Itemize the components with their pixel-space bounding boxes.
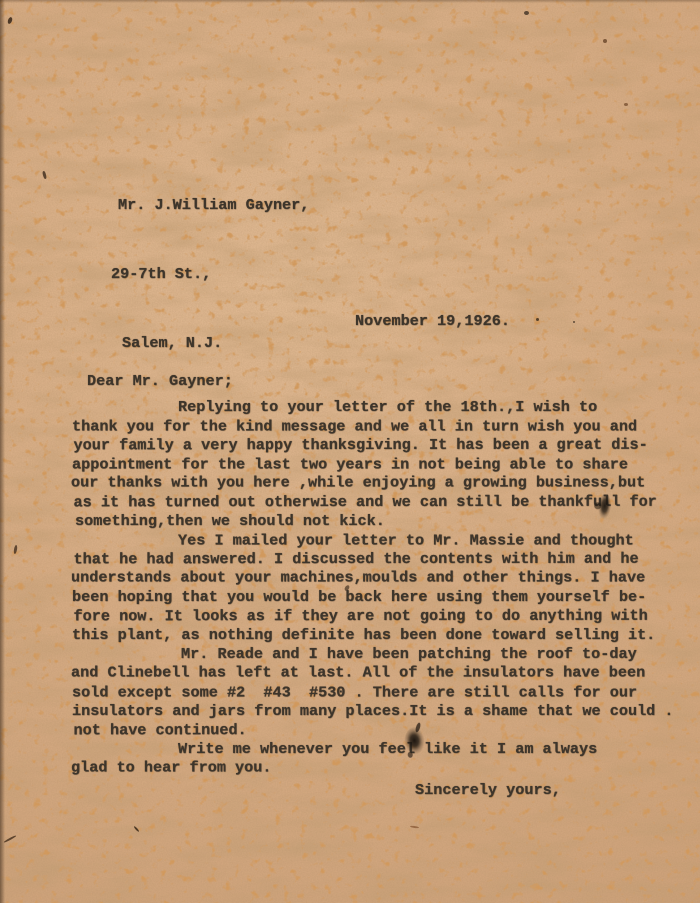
- paper-fiber: [7, 17, 13, 25]
- letter-page: Mr. J.William Gayner, 29-7th St., Salem,…: [0, 0, 700, 903]
- address-line: Mr. J.William Gayner,: [118, 194, 309, 217]
- body-line: insulators and jars from many places.It …: [72, 702, 672, 721]
- paper-fleck: [624, 103, 628, 106]
- address-line: Salem, N.J.: [122, 332, 309, 355]
- body-line: been hoping that you would be back here …: [72, 588, 672, 607]
- body-line: glad to hear from you.: [71, 759, 671, 778]
- body-line: fore now. It looks as if they are not go…: [73, 607, 673, 627]
- body-line: our thanks with you here ,while enjoying…: [71, 474, 671, 493]
- paper-fiber: [133, 826, 139, 833]
- body-line: Yes I mailed your letter to Mr. Massie a…: [72, 531, 672, 550]
- body-line: Replying to your letter of the 18th.,I w…: [72, 398, 672, 417]
- body-line: and Clinebell has left at last. All of t…: [71, 664, 671, 683]
- body-line: Write me whenever you feel like it I am …: [72, 740, 672, 759]
- paper-fleck: [603, 39, 607, 43]
- paper-fiber: [3, 835, 16, 843]
- salutation: Dear Mr. Gayner;: [87, 372, 233, 391]
- body-line: this plant, as nothing definite has been…: [72, 626, 672, 645]
- recipient-address: Mr. J.William Gayner, 29-7th St., Salem,…: [111, 148, 309, 401]
- scan-edge-shadow-left: [0, 0, 5, 903]
- body-line: not have continued.: [73, 721, 673, 741]
- letter-body: Replying to your letter of the 18th.,I w…: [72, 398, 672, 778]
- body-line: something,then we should not kick.: [75, 512, 675, 531]
- paper-fleck: [524, 11, 529, 15]
- body-line: appointment for the last two years in no…: [72, 455, 672, 474]
- paper-fiber: [410, 825, 419, 828]
- body-line: understands about your machines,moulds a…: [71, 569, 671, 588]
- body-line: Mr. Reade and I have been patching the r…: [75, 645, 675, 664]
- paper-fleck: [573, 321, 575, 323]
- paper-fiber: [13, 545, 18, 554]
- body-line: sold except some #2 #43 #530 . There are…: [72, 683, 672, 702]
- body-line: thank you for the kind message and we al…: [72, 417, 672, 436]
- body-line: that he had answered. I discussed the co…: [73, 550, 673, 570]
- body-line: as it has turned out otherwise and we ca…: [73, 493, 673, 513]
- body-line: your family a very happy thanksgiving. I…: [73, 436, 673, 456]
- date-line: November 19,1926.: [355, 312, 510, 331]
- scan-edge-shadow-top: [0, 0, 700, 3]
- paper-fleck: [536, 318, 539, 321]
- paper-fiber: [42, 171, 47, 180]
- closing: Sincerely yours,: [415, 781, 561, 800]
- address-line: 29-7th St.,: [111, 263, 309, 286]
